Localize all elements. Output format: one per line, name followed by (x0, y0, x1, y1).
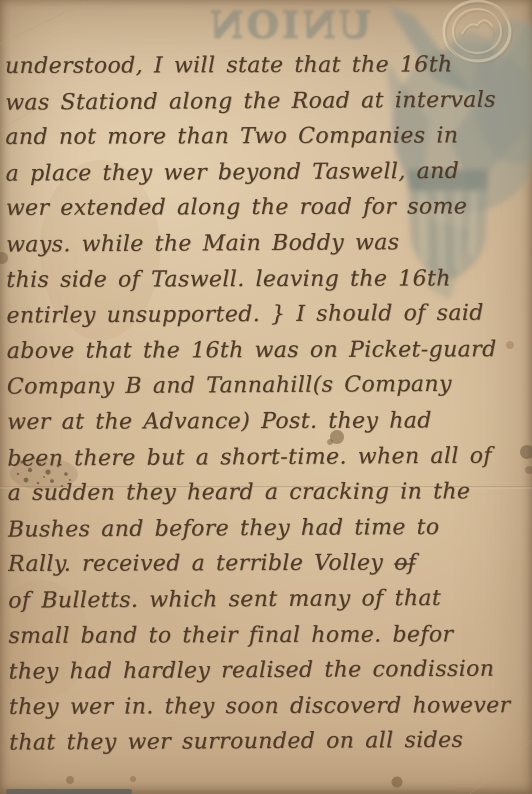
letter-line: they wer in. they soon discoverd however (9, 688, 532, 725)
letter-line: of Bulletts. which sent many of that (8, 580, 531, 619)
letter-line: Rally. received a terrible Volley o̶f̶ (8, 545, 531, 582)
letter-line: this side of Taswell. leaving the 16th (6, 261, 529, 298)
letter-line: they had hardley realised the condission (9, 651, 532, 690)
letter-line: wer at the Advance) Post. they had (7, 403, 530, 440)
letter-line: wer extended along the road for some (6, 189, 529, 226)
letter-line: a place they wer beyond Taswell, and (5, 153, 528, 192)
letter-body: understood, I will state that the 16th w… (5, 46, 532, 761)
letter-line: and not more than Two Companies in (5, 118, 528, 155)
letter-line: above that the 16th was on Picket-guard (7, 332, 530, 369)
letter-line: Company B and Tannahill(s Company (7, 367, 530, 406)
letter-line: small band to their final home. befor (8, 617, 531, 654)
letter-line: entirley unsupported. } I should of said (6, 296, 529, 335)
letter-line: understood, I will state that the 16th (5, 47, 528, 84)
letter-line: was Stationd along the Road at intervals (5, 82, 528, 121)
union-watermark: UNION (207, 3, 371, 47)
letter-line: Bushes and before they had time to (8, 509, 531, 548)
letter-line: been there but a short-time. when all of (7, 438, 530, 477)
letter-line: ways. while the Main Boddy was (6, 224, 529, 263)
letter-page: UNION (0, 0, 532, 794)
letter-line: that they wer surrounded on all sides (9, 723, 532, 762)
letter-line: a sudden they heard a cracking in the (7, 474, 530, 511)
